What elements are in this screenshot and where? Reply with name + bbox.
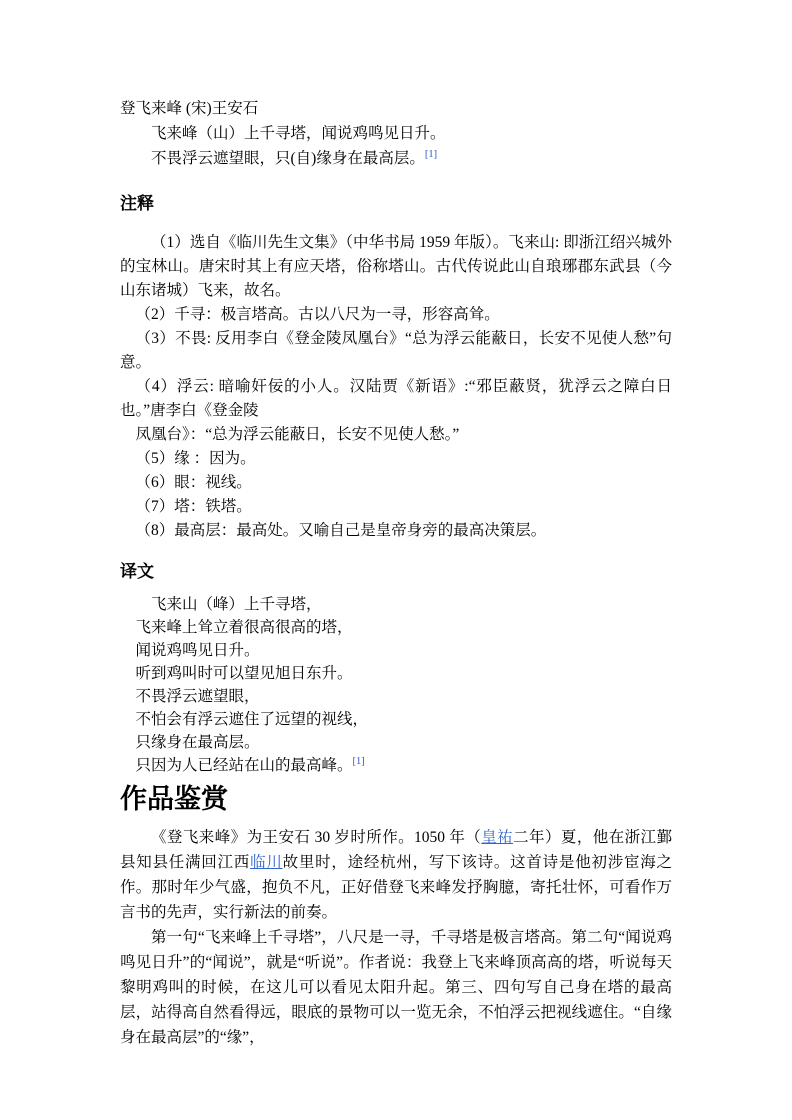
- translation-line-8: 只因为人已经站在山的最高峰。[1]: [120, 754, 672, 777]
- appreciation-paragraph-1: 《登飞来峰》为王安石 30 岁时所作。1050 年（皇祐二年）夏，他在浙江鄞县知…: [120, 825, 672, 925]
- note-item-8: （8）最高层：最高处。又喻自己是皇帝身旁的最高决策层。: [120, 519, 672, 543]
- footnote-link-1[interactable]: [1]: [425, 149, 437, 160]
- note-item-2: （2）千寻：极言塔高。古以八尺为一寻，形容高耸。: [120, 303, 672, 327]
- translation-line-6: 不怕会有浮云遮住了远望的视线，: [120, 708, 672, 731]
- poem-title: 登飞来峰 (宋)王安石: [120, 96, 672, 121]
- note-item-7: （7）塔：铁塔。: [120, 495, 672, 519]
- poem-line-2: 不畏浮云遮望眼，只(自)缘身在最高层。[1]: [120, 146, 672, 171]
- poem-line-2-text: 不畏浮云遮望眼，只(自)缘身在最高层。: [151, 150, 425, 167]
- note-item-5: （5）缘 ：因为。: [120, 447, 672, 471]
- notes-list: （1）选自《临川先生文集》（中华书局 1959 年版）。飞来山: 即浙江绍兴城外…: [120, 231, 672, 543]
- appreciation-paragraph-2: 第一句“飞来峰上千寻塔”，八尺是一寻，千寻塔是极言塔高。第二句“闻说鸡鸣见日升”…: [120, 925, 672, 1050]
- translation-line-4: 听到鸡叫时可以望见旭日东升。: [120, 662, 672, 685]
- translation-heading: 译文: [120, 560, 672, 584]
- poem-line-1: 飞来峰（山）上千寻塔，闻说鸡鸣见日升。: [120, 121, 672, 146]
- translation-line-3: 闻说鸡鸣见日升。: [120, 639, 672, 662]
- footnote-link-2[interactable]: [1]: [353, 756, 365, 767]
- p1-segment-1: 《登飞来峰》为王安石 30 岁时所作。1050 年（: [151, 829, 481, 846]
- note-item-1: （1）选自《临川先生文集》（中华书局 1959 年版）。飞来山: 即浙江绍兴城外…: [120, 231, 672, 303]
- translation-line-5: 不畏浮云遮望眼，: [120, 685, 672, 708]
- translation-block: 飞来山（峰）上千寻塔， 飞来峰上耸立着很高很高的塔， 闻说鸡鸣见日升。 听到鸡叫…: [120, 593, 672, 777]
- appreciation-heading: 作品鉴赏: [120, 783, 672, 816]
- footnote-ref: [1]: [425, 149, 437, 160]
- note-item-4: （4）浮云: 暗喻奸佞的小人。汉陆贾《新语》:“邪臣蔽贤，犹浮云之障白日也。”唐…: [120, 375, 672, 423]
- translation-line-2: 飞来峰上耸立着很高很高的塔，: [120, 616, 672, 639]
- link-huangyou[interactable]: 皇祐: [481, 829, 513, 846]
- notes-heading: 注释: [120, 192, 672, 216]
- note-item-4-continued: 凤凰台》：“总为浮云能蔽日，长安不见使人愁。”: [120, 423, 672, 447]
- poem-block: 登飞来峰 (宋)王安石 飞来峰（山）上千寻塔，闻说鸡鸣见日升。 不畏浮云遮望眼，…: [120, 96, 672, 171]
- link-linchuan[interactable]: 临川: [250, 854, 283, 871]
- translation-line-1: 飞来山（峰）上千寻塔，: [120, 593, 672, 616]
- footnote-ref: [1]: [353, 756, 365, 767]
- note-item-3: （3）不畏: 反用李白《登金陵凤凰台》“总为浮云能蔽日，长安不见使人愁”句意。: [120, 327, 672, 375]
- note-item-6: （6）眼：视线。: [120, 471, 672, 495]
- translation-line-8-text: 只因为人已经站在山的最高峰。: [136, 757, 353, 774]
- translation-line-7: 只缘身在最高层。: [120, 731, 672, 754]
- document-page: 登飞来峰 (宋)王安石 飞来峰（山）上千寻塔，闻说鸡鸣见日升。 不畏浮云遮望眼，…: [0, 0, 792, 1120]
